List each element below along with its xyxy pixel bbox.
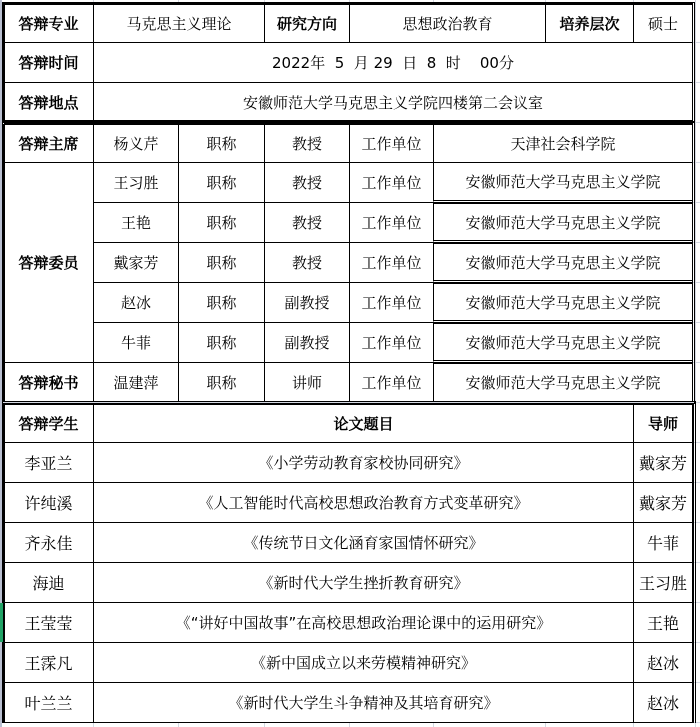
member-title[interactable]: 副教授 bbox=[264, 282, 350, 323]
advisor-name[interactable]: 赵冰 bbox=[633, 642, 693, 683]
member-unit[interactable]: 安徽师范大学马克思主义学院 bbox=[433, 283, 693, 323]
member-name[interactable]: 王习胜 bbox=[93, 162, 179, 203]
member-name[interactable]: 王艳 bbox=[93, 202, 179, 243]
chair-label[interactable]: 答辩主席 bbox=[3, 124, 94, 163]
student-name[interactable]: 许纯溪 bbox=[3, 482, 94, 523]
secretary-unit-label[interactable]: 工作单位 bbox=[349, 362, 434, 402]
member-unit-label[interactable]: 工作单位 bbox=[349, 202, 434, 243]
advisor-name[interactable]: 王习胜 bbox=[633, 562, 693, 603]
member-unit-label[interactable]: 工作单位 bbox=[349, 282, 434, 323]
members-label[interactable]: 答辩委员 bbox=[3, 162, 94, 363]
member-unit-label[interactable]: 工作单位 bbox=[349, 322, 434, 363]
member-unit-label[interactable]: 工作单位 bbox=[349, 242, 434, 283]
student-name[interactable]: 王霂凡 bbox=[3, 642, 94, 683]
major-label[interactable]: 答辩专业 bbox=[3, 3, 94, 43]
member-title-label[interactable]: 职称 bbox=[178, 322, 265, 363]
member-title[interactable]: 副教授 bbox=[264, 322, 350, 363]
student-column-header[interactable]: 答辩学生 bbox=[3, 404, 94, 443]
member-name[interactable]: 牛菲 bbox=[93, 322, 179, 363]
student-name[interactable]: 海迪 bbox=[3, 562, 94, 603]
chair-unit[interactable]: 天津社会科学院 bbox=[433, 124, 693, 163]
student-name[interactable]: 李亚兰 bbox=[3, 442, 94, 483]
thesis-title[interactable]: 《“讲好中国故事”在高校思想政治理论课中的运用研究》 bbox=[93, 602, 634, 643]
direction-value[interactable]: 思想政治教育 bbox=[349, 3, 546, 43]
member-title-label[interactable]: 职称 bbox=[178, 202, 265, 243]
time-value[interactable]: 2022年 5 月 29 日 8 时 00分 bbox=[93, 42, 693, 83]
advisor-name[interactable]: 戴家芳 bbox=[633, 482, 693, 523]
place-label[interactable]: 答辩地点 bbox=[3, 82, 94, 122]
level-value[interactable]: 硕士 bbox=[633, 3, 693, 43]
member-name[interactable]: 赵冰 bbox=[93, 282, 179, 323]
thesis-title[interactable]: 《小学劳动教育家校协同研究》 bbox=[93, 442, 634, 483]
member-name[interactable]: 戴家芳 bbox=[93, 242, 179, 283]
member-unit[interactable]: 安徽师范大学马克思主义学院 bbox=[433, 162, 693, 203]
secretary-unit[interactable]: 安徽师范大学马克思主义学院 bbox=[433, 363, 693, 402]
advisor-name[interactable]: 王艳 bbox=[633, 602, 693, 643]
place-value[interactable]: 安徽师范大学马克思主义学院四楼第二会议室 bbox=[93, 82, 693, 122]
advisor-name[interactable]: 牛菲 bbox=[633, 522, 693, 563]
thesis-title[interactable]: 《新时代大学生挫折教育研究》 bbox=[93, 562, 634, 603]
student-name[interactable]: 王莹莹 bbox=[3, 602, 94, 643]
row-selection-marker bbox=[0, 603, 3, 642]
thesis-title[interactable]: 《人工智能时代高校思想政治教育方式变革研究》 bbox=[93, 482, 634, 523]
thesis-title[interactable]: 《新时代大学生斗争精神及其培育研究》 bbox=[93, 682, 634, 723]
thesis-title[interactable]: 《新中国成立以来劳模精神研究》 bbox=[93, 642, 634, 683]
chair-name[interactable]: 杨义芹 bbox=[93, 124, 179, 163]
advisor-name[interactable]: 戴家芳 bbox=[633, 442, 693, 483]
member-title-label[interactable]: 职称 bbox=[178, 242, 265, 283]
member-title[interactable]: 教授 bbox=[264, 162, 350, 203]
level-label[interactable]: 培养层次 bbox=[545, 3, 634, 43]
thesis-column-header[interactable]: 论文题目 bbox=[93, 404, 634, 443]
chair-title[interactable]: 教授 bbox=[264, 124, 350, 163]
secretary-label[interactable]: 答辩秘书 bbox=[3, 362, 94, 402]
major-value[interactable]: 马克思主义理论 bbox=[93, 3, 265, 43]
advisor-name[interactable]: 赵冰 bbox=[633, 682, 693, 723]
thesis-title[interactable]: 《传统节日文化涵育家国情怀研究》 bbox=[93, 522, 634, 563]
member-unit[interactable]: 安徽师范大学马克思主义学院 bbox=[433, 323, 693, 363]
time-label[interactable]: 答辩时间 bbox=[3, 42, 94, 83]
member-title[interactable]: 教授 bbox=[264, 242, 350, 283]
member-title-label[interactable]: 职称 bbox=[178, 282, 265, 323]
member-unit[interactable]: 安徽师范大学马克思主义学院 bbox=[433, 203, 693, 243]
advisor-column-header[interactable]: 导师 bbox=[633, 404, 693, 443]
member-unit[interactable]: 安徽师范大学马克思主义学院 bbox=[433, 243, 693, 283]
chair-unit-label[interactable]: 工作单位 bbox=[349, 124, 434, 163]
student-name[interactable]: 齐永佳 bbox=[3, 522, 94, 563]
member-title-label[interactable]: 职称 bbox=[178, 162, 265, 203]
secretary-title-label[interactable]: 职称 bbox=[178, 362, 265, 402]
secretary-name[interactable]: 温建萍 bbox=[93, 362, 179, 402]
member-title[interactable]: 教授 bbox=[264, 202, 350, 243]
direction-label[interactable]: 研究方向 bbox=[264, 3, 350, 43]
spreadsheet-sheet: 答辩专业 马克思主义理论 研究方向 思想政治教育 培养层次 硕士 答辩时间 20… bbox=[0, 0, 700, 727]
secretary-title[interactable]: 讲师 bbox=[264, 362, 350, 402]
member-unit-label[interactable]: 工作单位 bbox=[349, 162, 434, 203]
student-name[interactable]: 叶兰兰 bbox=[3, 682, 94, 723]
chair-title-label[interactable]: 职称 bbox=[178, 124, 265, 163]
